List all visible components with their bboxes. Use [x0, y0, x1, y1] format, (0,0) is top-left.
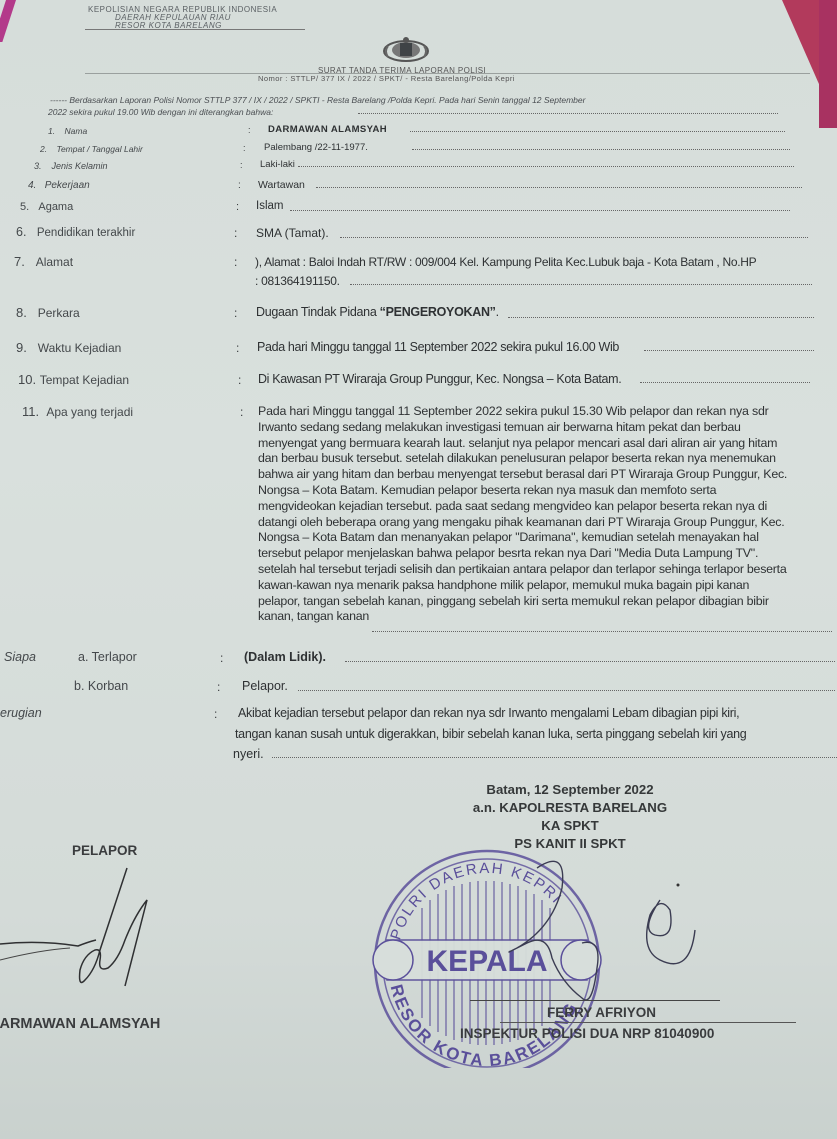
title-divider: [85, 73, 810, 74]
incident-line: Nongsa – Kota Batam dan menanyakan pelap…: [258, 530, 813, 546]
field-value-alamat-hp: : 081364191150.: [255, 274, 340, 288]
field-value-jenis-kelamin: Laki-laki: [260, 159, 295, 170]
terlapor-label: a. Terlapor: [78, 650, 137, 664]
field-value-perkara: Dugaan Tindak Pidana “PENGEROYOKAN”.: [256, 305, 499, 319]
kerugian-label: erugian: [0, 706, 42, 720]
incident-line: bahwa air yang hitam dan berbau menyenga…: [258, 467, 813, 483]
reporter-name: DARMAWAN ALAMSYAH: [0, 1016, 160, 1032]
field-value-ttl: Palembang /22-11-1977.: [264, 142, 368, 153]
korban-value: Pelapor.: [242, 679, 288, 693]
incident-line: dan berbau busuk tersebut. setelah dilak…: [258, 451, 813, 467]
terlapor-value: (Dalam Lidik).: [244, 650, 326, 664]
incident-line: tersebut pelapor menjelaskan bahwa pelap…: [258, 546, 813, 562]
intro-line1: ------ Berdasarkan Laporan Polisi Nomor …: [50, 95, 585, 105]
officer-rank-nrp: INSPEKTUR POLISI DUA NRP 81040900: [460, 1026, 714, 1041]
incident-line: menyengat yang bermuara kearah laut. sel…: [258, 436, 813, 452]
kerugian-line1: Akibat kejadian tersebut pelapor dan rek…: [238, 706, 739, 720]
siapa-label: Siapa: [4, 650, 36, 664]
official-signature-icon: [600, 880, 740, 990]
field-value-alamat: ), Alamat : Baloi Indah RT/RW : 009/004 …: [255, 255, 756, 269]
reporter-title: PELAPOR: [72, 843, 137, 858]
incident-line: Pada hari Minggu tanggal 11 September 20…: [258, 404, 813, 420]
field-value-agama: Islam: [256, 200, 283, 212]
field-value-pendidikan: SMA (Tamat).: [256, 226, 329, 240]
on-behalf: a.n. KAPOLRESTA BARELANG: [430, 799, 710, 817]
incident-line: Nongsa – Kota Batam. Kemudian pelapor be…: [258, 483, 813, 499]
field-value-nama: DARMAWAN ALAMSYAH: [268, 124, 387, 135]
police-emblem-icon: [380, 36, 432, 62]
field-value-pekerjaan: Wartawan: [258, 179, 305, 191]
incident-line: pelapor, tangan sebelah kanan, pinggang …: [258, 594, 813, 610]
kerugian-line3: nyeri.: [233, 747, 264, 761]
intro-line2: 2022 sekira pukul 19.00 Wib dengan ini d…: [48, 107, 273, 117]
background-fabric-edge: [819, 0, 837, 128]
incident-line: kawan-kawan nya menarik paksa handphone …: [258, 578, 813, 594]
incident-line: Irwanto sedang sedang melakukan investig…: [258, 420, 813, 436]
kerugian-line2: tangan kanan susah untuk digerakkan, bib…: [235, 727, 746, 741]
place-date: Batam, 12 September 2022: [430, 781, 710, 799]
incident-line: kanan, tangan kanan: [258, 609, 813, 625]
korban-label: b. Korban: [74, 679, 128, 693]
document-number: Nomor : STTLP/ 377 IX / 2022 / SPKT/ - R…: [258, 74, 515, 83]
position-ka-spkt: KA SPKT: [430, 817, 710, 835]
incident-line: setelah hal tersebut terjadi selisih dan…: [258, 562, 813, 578]
reporter-signature-icon: [0, 860, 160, 990]
field-value-tempat: Di Kawasan PT Wiraraja Group Punggur, Ke…: [258, 372, 621, 386]
field-value-apa-yang-terjadi: Pada hari Minggu tanggal 11 September 20…: [258, 404, 813, 625]
field-value-waktu: Pada hari Minggu tanggal 11 September 20…: [257, 340, 619, 354]
officer-name: FERRY AFRIYON: [547, 1005, 656, 1020]
incident-line: datangi oleh beberapa orang yang mengaku…: [258, 515, 813, 531]
letterhead-divider: [85, 29, 305, 30]
svg-text:KEPALA: KEPALA: [426, 945, 547, 978]
signature-official-block: Batam, 12 September 2022 a.n. KAPOLRESTA…: [430, 781, 710, 853]
incident-line: mengvideokan kejadian tersebut. pada saa…: [258, 499, 813, 515]
